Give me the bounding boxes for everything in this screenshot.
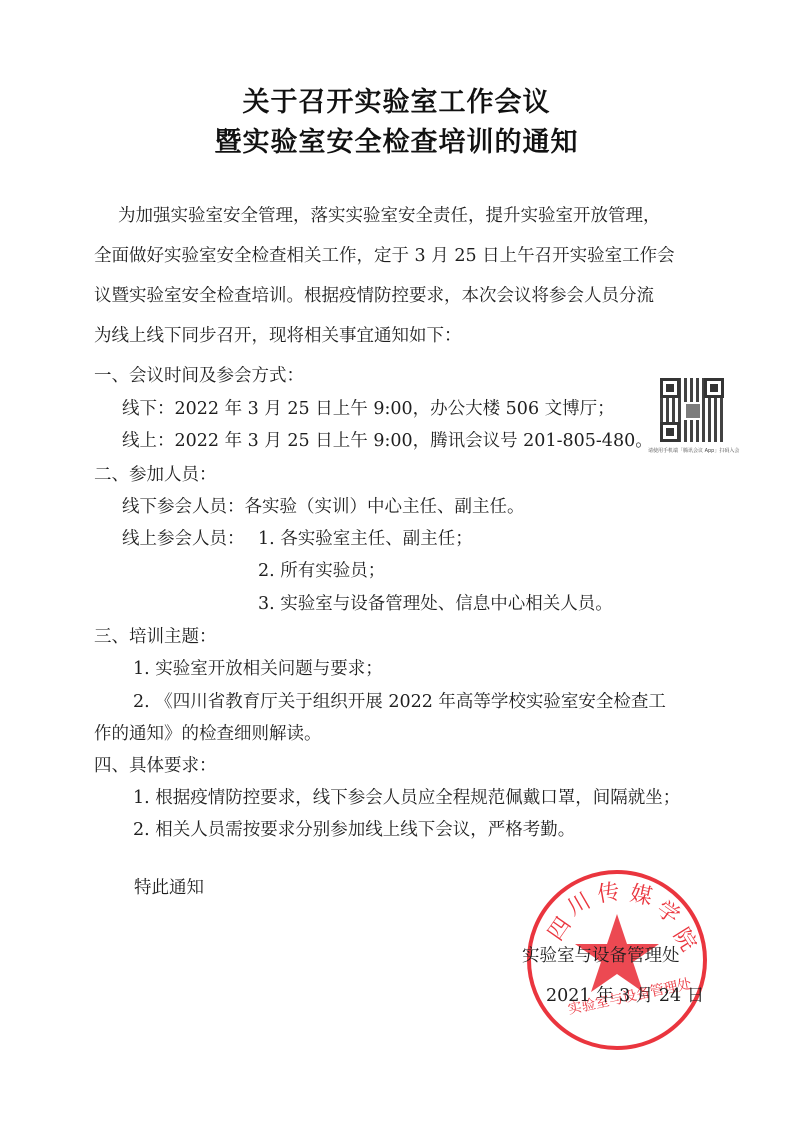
section4-item-2: 2. 相关人员需按要求分别参加线上线下会议，严格考勤。 — [133, 816, 575, 841]
qr-finder-icon — [704, 378, 724, 398]
qr-code-image[interactable] — [660, 378, 724, 442]
intro-line-3: 议暨实验室安全检查培训。根据疫情防控要求，本次会议将参会人员分流 — [94, 282, 654, 307]
signature-date: 2021 年 3 月 24 日 — [546, 982, 704, 1007]
section2-online-item-3: 3. 实验室与设备管理处、信息中心相关人员。 — [258, 590, 613, 615]
svg-text:媒: 媒 — [628, 881, 655, 910]
svg-text:传: 传 — [596, 879, 622, 907]
section1-heading: 一、会议时间及参会方式： — [94, 362, 304, 387]
qr-finder-icon — [660, 422, 680, 442]
section2-offline: 线下参会人员：各实验（实训）中心主任、副主任。 — [122, 493, 525, 518]
qr-logo-icon — [684, 402, 702, 420]
section4-item-1: 1. 根据疫情防控要求，线下参会人员应全程规范佩戴口罩，间隔就坐； — [133, 784, 680, 809]
svg-text:学: 学 — [652, 896, 684, 929]
intro-line-1: 为加强实验室安全管理，落实实验室安全责任，提升实验室开放管理， — [118, 202, 661, 227]
signature-org: 实验室与设备管理处 — [522, 942, 680, 967]
section2-online-item-1: 1. 各实验室主任、副主任； — [258, 525, 473, 550]
section2-heading: 二、参加人员： — [94, 461, 217, 486]
section4-heading: 四、具体要求： — [94, 752, 217, 777]
closing-text: 特此通知 — [134, 874, 204, 899]
svg-text:四: 四 — [543, 913, 576, 945]
section3-item-2-line1: 2. 《四川省教育厅关于组织开展 2022 年高等学校实验室安全检查工 — [133, 688, 666, 713]
section3-heading: 三、培训主题： — [94, 623, 217, 648]
section2-online-item-2: 2. 所有实验员； — [258, 557, 385, 582]
document-title-line1: 关于召开实验室工作会议 — [0, 80, 793, 119]
qr-finder-icon — [660, 378, 680, 398]
svg-text:川: 川 — [564, 889, 596, 922]
document-title-line2: 暨实验室安全检查培训的通知 — [0, 120, 793, 159]
section2-online-label: 线上参会人员： — [122, 525, 245, 550]
qr-caption: 请使用手机端「腾讯会议 App」扫码入会 — [648, 447, 739, 454]
intro-line-4: 为线上线下同步召开，现将相关事宜通知如下： — [94, 322, 462, 347]
section3-item-1: 1. 实验室开放相关问题与要求； — [133, 655, 383, 680]
section3-item-2-line2: 作的通知》的检查细则解读。 — [94, 720, 322, 745]
intro-line-2: 全面做好实验室安全检查相关工作，定于 3 月 25 日上午召开实验室工作会 — [94, 242, 675, 267]
section1-offline: 线下：2022 年 3 月 25 日上午 9:00，办公大楼 506 文博厅； — [122, 395, 615, 420]
section1-online: 线上：2022 年 3 月 25 日上午 9:00，腾讯会议号 201-805-… — [122, 427, 653, 452]
